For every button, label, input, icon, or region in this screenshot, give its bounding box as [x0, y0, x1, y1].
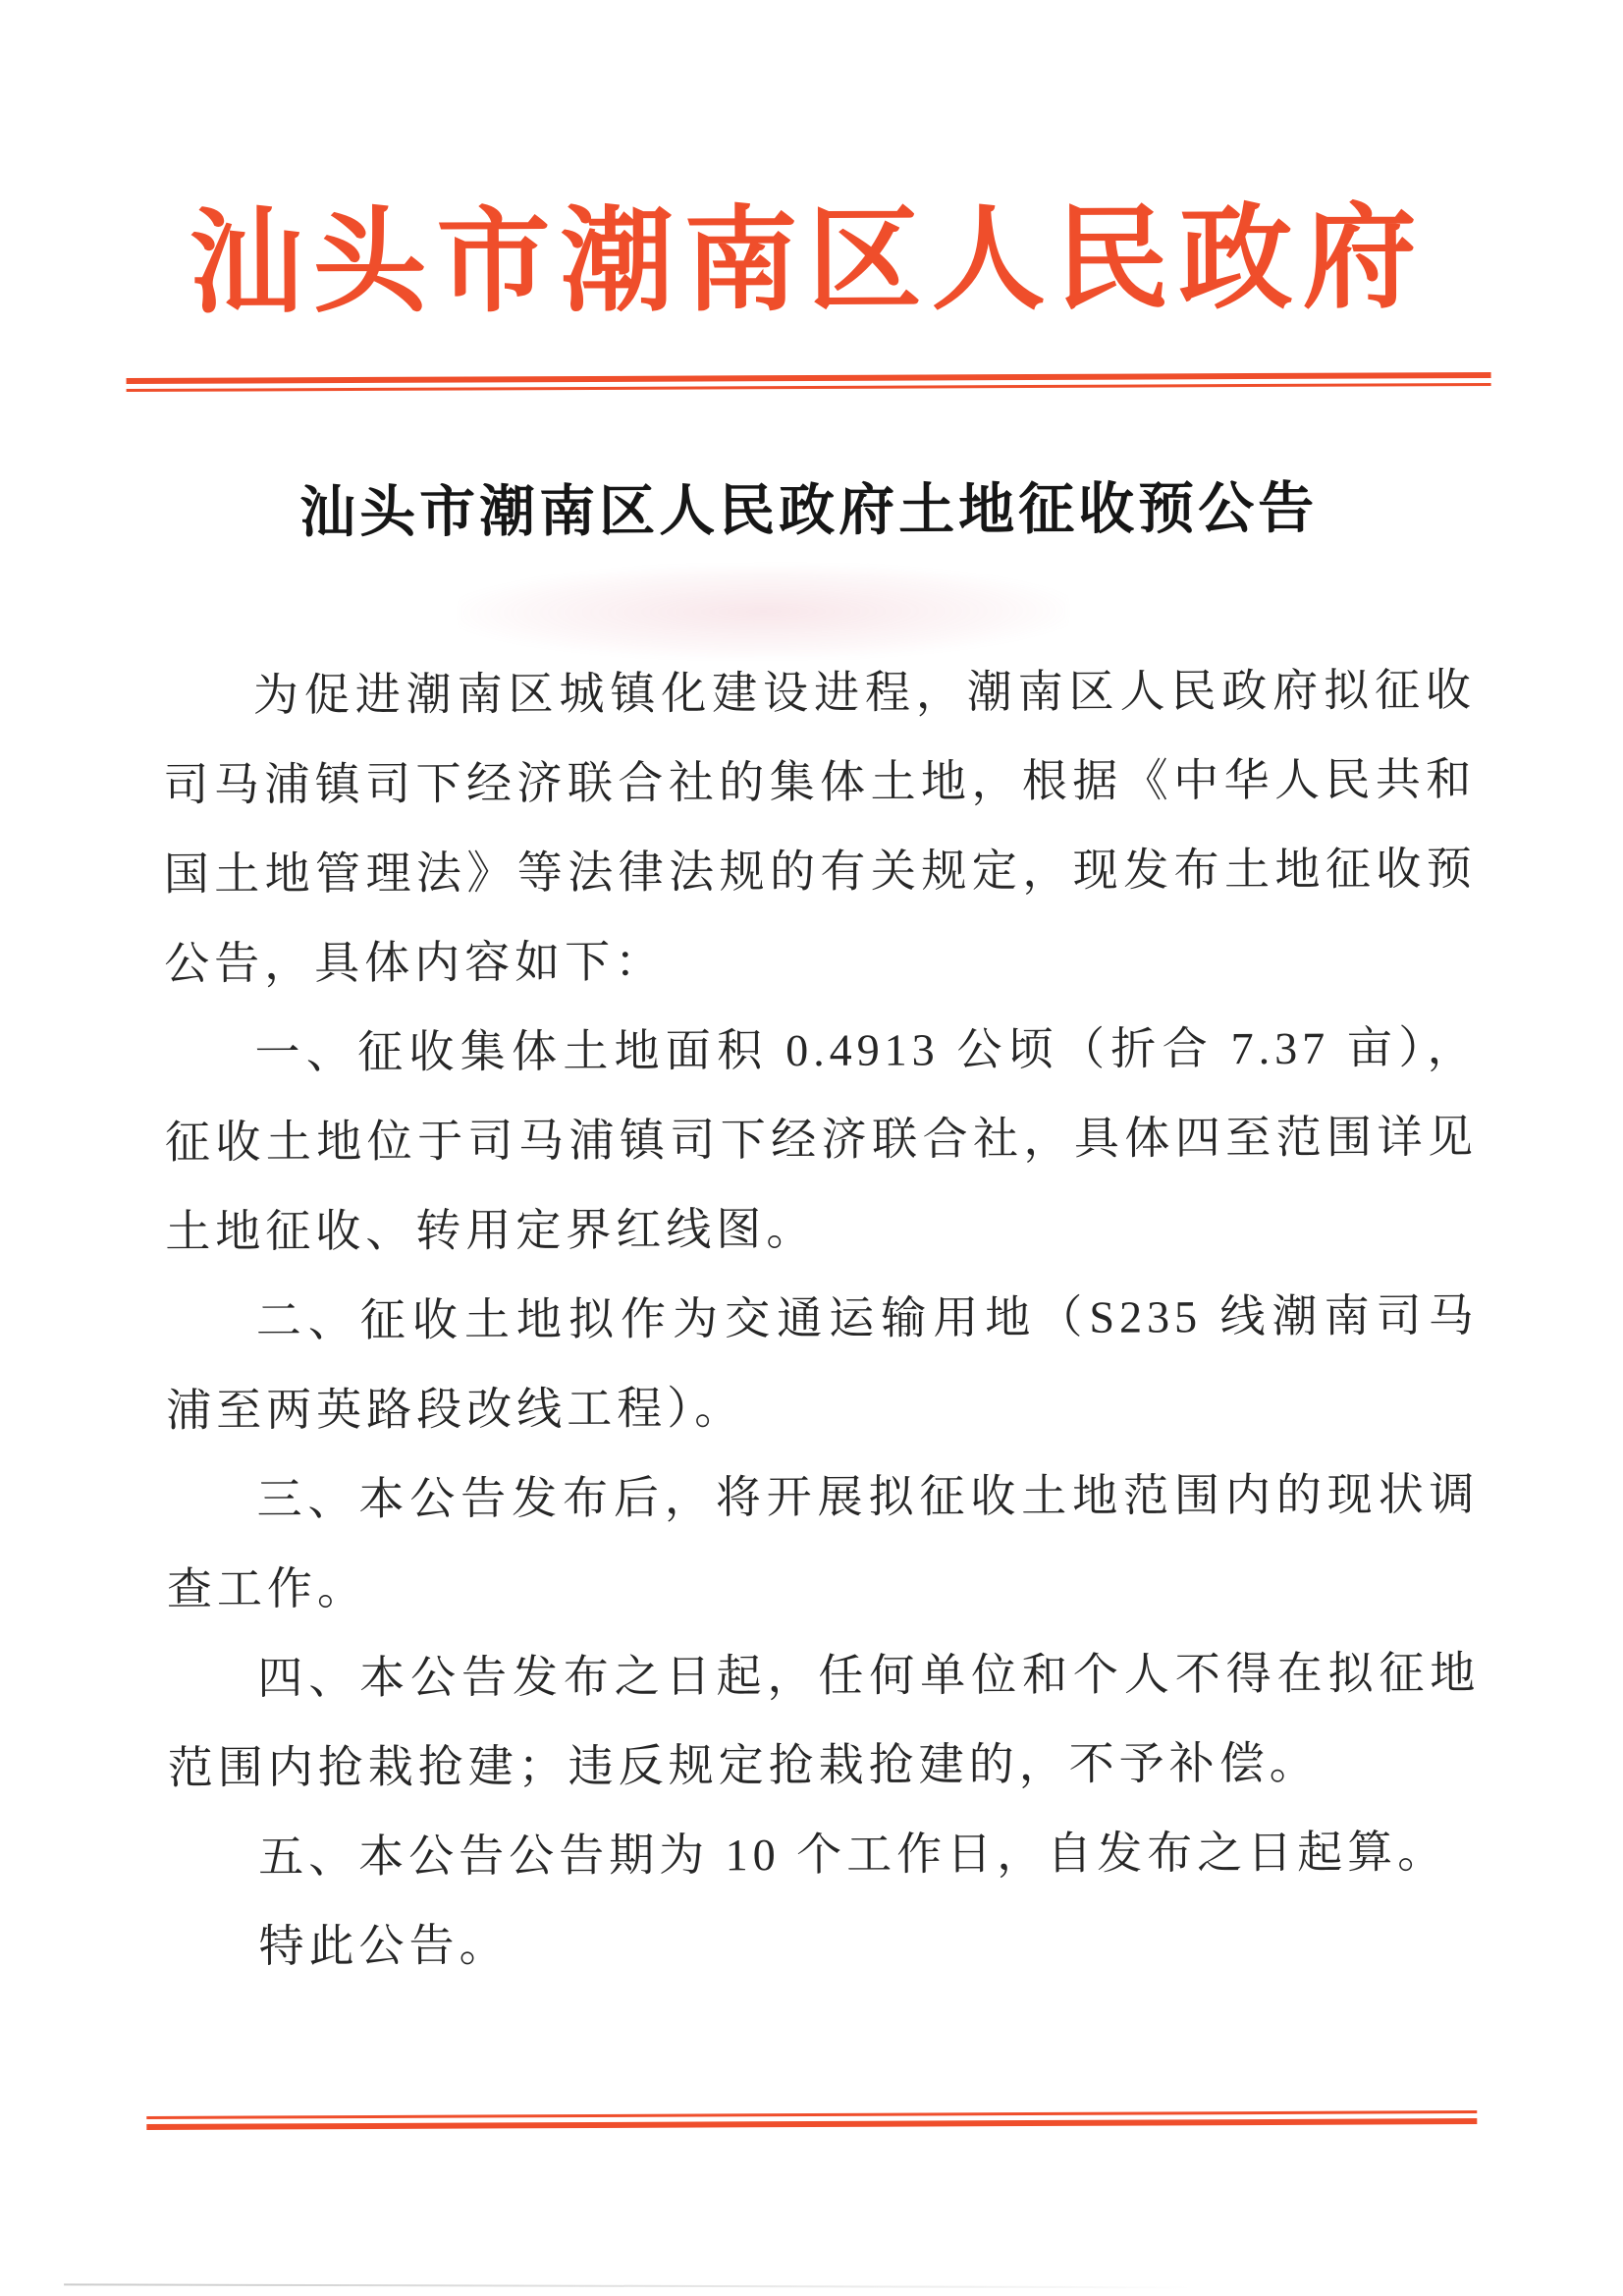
paragraph-item-1: 一、征收集体土地面积 0.4913 公顷（折合 7.37 亩），征收土地位于司马…	[164, 1003, 1478, 1277]
agency-masthead: 汕头市潮南区人民政府	[0, 0, 1619, 335]
faint-stamp-ghost	[459, 564, 1067, 660]
paragraph-closing: 特此公告。	[168, 1896, 1481, 1992]
masthead-divider	[126, 372, 1490, 392]
document-title: 汕头市潮南区人民政府土地征收预公告	[0, 472, 1620, 552]
paragraph-item-4: 四、本公告发布之日起，任何单位和个人不得在拟征地范围内抢栽抢建；违反规定抢栽抢建…	[167, 1628, 1481, 1813]
divider-rule-thin	[146, 2110, 1477, 2119]
document-body: 为促进潮南区城镇化建设进程，潮南区人民政府拟征收司马浦镇司下经济联合社的集体土地…	[163, 645, 1482, 1992]
divider-rule-thick	[146, 2118, 1477, 2130]
scanned-sheet: 汕头市潮南区人民政府 汕头市潮南区人民政府土地征收预公告 为促进潮南区城镇化建设…	[0, 0, 1623, 2296]
footer-divider	[146, 2110, 1477, 2130]
document-page: 汕头市潮南区人民政府 汕头市潮南区人民政府土地征收预公告 为促进潮南区城镇化建设…	[0, 0, 1623, 2296]
paragraph-intro: 为促进潮南区城镇化建设进程，潮南区人民政府拟征收司马浦镇司下经济联合社的集体土地…	[163, 645, 1478, 1009]
paragraph-item-5: 五、本公告公告期为 10 个工作日，自发布之日起算。	[168, 1807, 1481, 1902]
divider-rule-thin	[126, 383, 1490, 392]
divider-rule-thick	[126, 372, 1490, 384]
paragraph-item-3: 三、本公告发布后，将开展拟征收土地范围内的现状调查工作。	[166, 1449, 1480, 1634]
scan-artifact-line	[64, 2283, 1193, 2288]
paragraph-item-2: 二、征收土地拟作为交通运输用地（S235 线潮南司马浦至两英路段改线工程）。	[166, 1271, 1480, 1455]
